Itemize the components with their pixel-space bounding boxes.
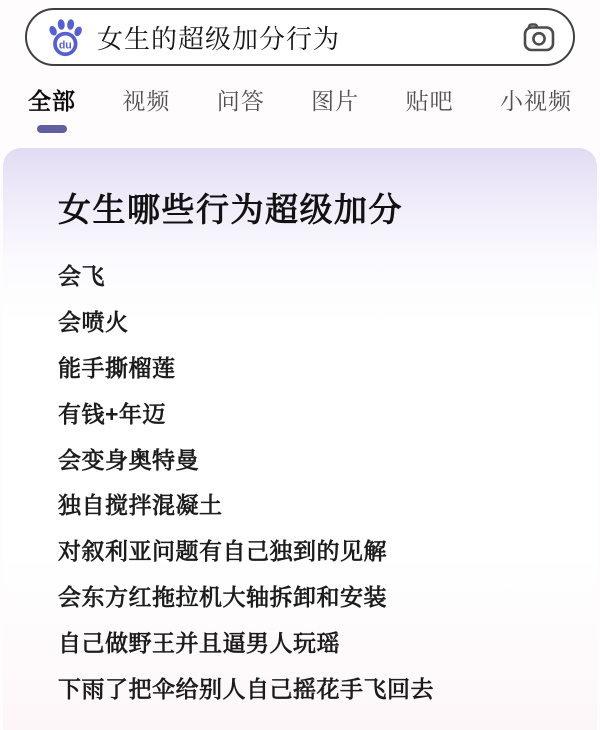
list-item-5[interactable]: 会变身奥特曼 xyxy=(58,435,577,481)
tab-qa[interactable]: 问答 xyxy=(217,84,265,133)
list-item-7[interactable]: 对叙利亚问题有自己独到的见解 xyxy=(58,527,577,573)
active-tab-underline xyxy=(320,125,350,133)
list-item-8[interactable]: 会东方红拖拉机大轴拆卸和安装 xyxy=(58,573,577,619)
camera-icon[interactable] xyxy=(521,19,557,55)
baidu-logo-du-text: du xyxy=(59,39,72,51)
list-item-4[interactable]: 有钱+年迈 xyxy=(58,389,577,435)
list-item-3[interactable]: 能手撕榴莲 xyxy=(58,344,577,390)
list-item-10[interactable]: 下雨了把伞给别人自己摇花手飞回去 xyxy=(58,664,577,710)
search-input[interactable]: 女生的超级加分行为 xyxy=(97,19,521,56)
tab-tieba[interactable]: 贴吧 xyxy=(406,84,454,133)
tab-label: 视频 xyxy=(122,84,170,118)
tab-label: 问答 xyxy=(217,84,265,118)
list-item-6[interactable]: 独自搅拌混凝土 xyxy=(58,481,577,527)
active-tab-underline xyxy=(131,125,161,133)
tab-label: 贴吧 xyxy=(406,84,454,118)
tab-label: 小视频 xyxy=(500,84,572,118)
result-panel: 女生哪些行为超级加分 会飞会喷火能手撕榴莲有钱+年迈会变身奥特曼独自搅拌混凝土对… xyxy=(3,148,597,730)
tabs-bar: 全部 视频 问答 图片 贴吧 小视频 xyxy=(0,84,600,133)
tab-label: 全部 xyxy=(28,84,76,118)
active-tab-underline xyxy=(37,125,67,133)
tab-label: 图片 xyxy=(311,84,359,118)
tab-images[interactable]: 图片 xyxy=(311,84,359,133)
active-tab-underline xyxy=(226,125,256,133)
tab-videos[interactable]: 视频 xyxy=(122,84,170,133)
search-bar[interactable]: du 女生的超级加分行为 xyxy=(25,8,575,66)
active-tab-underline xyxy=(521,125,551,133)
list-item-1[interactable]: 会飞 xyxy=(58,252,577,298)
list-item-9[interactable]: 自己做野王并且逼男人玩瑶 xyxy=(58,618,577,664)
active-tab-underline xyxy=(415,125,445,133)
result-title: 女生哪些行为超级加分 xyxy=(58,184,403,231)
tab-all[interactable]: 全部 xyxy=(28,84,76,133)
result-list: 会飞会喷火能手撕榴莲有钱+年迈会变身奥特曼独自搅拌混凝土对叙利亚问题有自己独到的… xyxy=(58,252,577,710)
baidu-paw-icon: du xyxy=(45,17,85,57)
list-item-2[interactable]: 会喷火 xyxy=(58,298,577,344)
tab-short-videos[interactable]: 小视频 xyxy=(500,84,572,133)
